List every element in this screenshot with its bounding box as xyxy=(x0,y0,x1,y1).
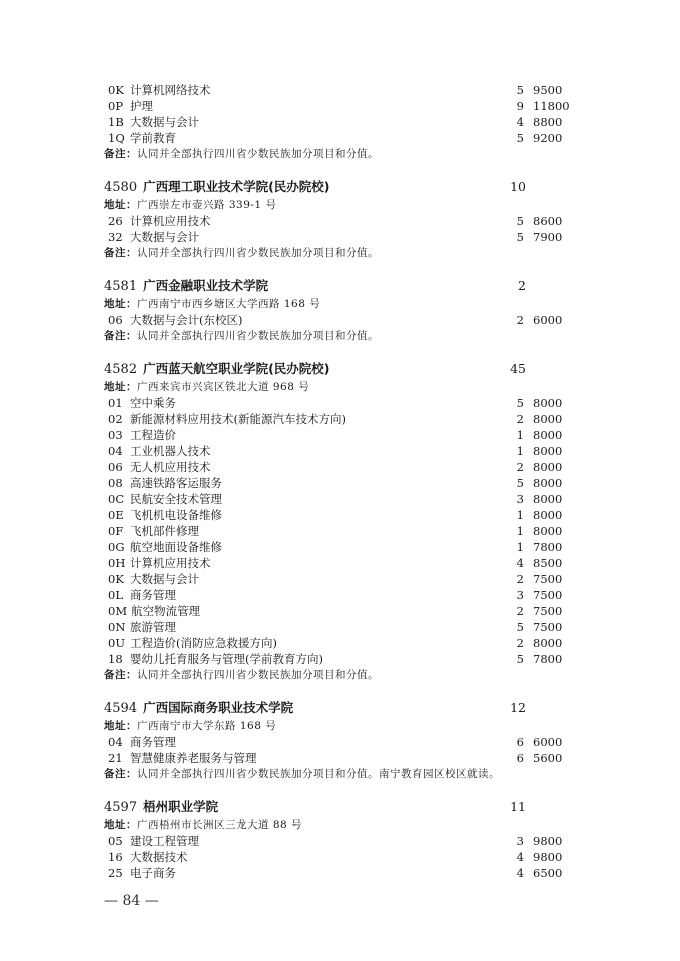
major-count: 4 xyxy=(504,555,524,571)
school-name: 广西蓝天航空职业学院(民办院校) xyxy=(143,361,329,376)
school-total: 2 xyxy=(506,276,526,296)
school-section: 4582广西蓝天航空职业学院(民办院校)45 地址：广西来宾市兴宾区铁北大道 9… xyxy=(104,359,584,683)
major-code: 0K xyxy=(108,571,126,587)
address-text: 广西来宾市兴宾区铁北大道 968 号 xyxy=(137,381,309,393)
major-row: 1B大数据与会计48800 xyxy=(104,114,584,130)
major-fee: 7500 xyxy=(533,571,562,587)
major-row: 01空中乘务58000 xyxy=(104,395,584,411)
major-name: 飞机机电设备维修 xyxy=(130,508,222,522)
major-count: 5 xyxy=(504,213,524,229)
address-row: 地址：广西南宁市大学东路 168 号 xyxy=(104,718,584,734)
major-name: 商务管理 xyxy=(130,735,176,749)
major-fee: 8000 xyxy=(533,491,562,507)
major-row: 0E飞机机电设备维修18000 xyxy=(104,507,584,523)
major-fee: 8000 xyxy=(533,523,562,539)
school-header: 4594广西国际商务职业技术学院12 xyxy=(104,698,584,718)
school-code: 4581 xyxy=(104,279,137,294)
major-count: 2 xyxy=(504,411,524,427)
major-name: 高速铁路客运服务 xyxy=(130,476,222,490)
major-code: 0E xyxy=(108,507,126,523)
school-total: 10 xyxy=(506,177,526,197)
note-text: 认同并全部执行四川省少数民族加分项目和分值。南宁教育园区校区就读。 xyxy=(137,768,500,780)
major-row: 0H计算机应用技术48500 xyxy=(104,555,584,571)
major-code: 0U xyxy=(108,635,126,651)
major-count: 6 xyxy=(504,734,524,750)
major-fee: 9800 xyxy=(533,833,562,849)
major-code: 0L xyxy=(108,587,126,603)
major-fee: 6500 xyxy=(533,865,562,881)
page-number: — 84 — xyxy=(104,893,159,909)
major-count: 5 xyxy=(504,619,524,635)
major-count: 1 xyxy=(504,539,524,555)
major-fee: 11800 xyxy=(533,98,570,114)
major-fee: 7500 xyxy=(533,603,562,619)
address-row: 地址：广西来宾市兴宾区铁北大道 968 号 xyxy=(104,379,584,395)
school-section: 4580广西理工职业技术学院(民办院校)10 地址：广西崇左市壶兴路 339-1… xyxy=(104,177,584,261)
major-code: 26 xyxy=(108,213,126,229)
major-name: 计算机应用技术 xyxy=(130,556,211,570)
major-name: 大数据与会计(东校区) xyxy=(130,313,242,327)
major-count: 2 xyxy=(504,603,524,619)
school-section: 4581广西金融职业技术学院2 地址：广西南宁市西乡塘区大学西路 168 号 0… xyxy=(104,276,584,344)
major-code: 05 xyxy=(108,833,126,849)
major-name: 新能源材料应用技术(新能源汽车技术方向) xyxy=(130,412,346,426)
major-fee: 8600 xyxy=(533,213,562,229)
major-code: 02 xyxy=(108,411,126,427)
major-name: 工程造价 xyxy=(130,428,176,442)
major-name: 计算机网络技术 xyxy=(130,83,211,97)
major-row: 1Q学前教育59200 xyxy=(104,130,584,146)
major-code: 06 xyxy=(108,312,126,328)
major-row: 16大数据技术49800 xyxy=(104,849,584,865)
major-code: 03 xyxy=(108,427,126,443)
major-count: 5 xyxy=(504,229,524,245)
major-fee: 8000 xyxy=(533,443,562,459)
major-code: 0K xyxy=(108,82,126,98)
major-count: 3 xyxy=(504,491,524,507)
major-count: 5 xyxy=(504,651,524,667)
major-code: 0M xyxy=(108,603,127,619)
school-header: 4580广西理工职业技术学院(民办院校)10 xyxy=(104,177,584,197)
document-page: 0K计算机网络技术59500 0P护理911800 1B大数据与会计48800 … xyxy=(104,82,584,881)
major-fee: 6000 xyxy=(533,734,562,750)
major-row: 08高速铁路客运服务58000 xyxy=(104,475,584,491)
major-fee: 8000 xyxy=(533,475,562,491)
major-name: 旅游管理 xyxy=(130,620,176,634)
major-row: 26计算机应用技术58600 xyxy=(104,213,584,229)
major-count: 4 xyxy=(504,114,524,130)
major-row: 0L商务管理37500 xyxy=(104,587,584,603)
school-section: 4597梧州职业学院11 地址：广西梧州市长洲区三龙大道 88 号 05建设工程… xyxy=(104,797,584,881)
note-label: 备注： xyxy=(104,330,137,342)
address-text: 广西南宁市大学东路 168 号 xyxy=(137,720,276,732)
major-name: 民航安全技术管理 xyxy=(130,492,222,506)
major-fee: 8000 xyxy=(533,395,562,411)
major-fee: 8500 xyxy=(533,555,562,571)
major-fee: 7900 xyxy=(533,229,562,245)
major-count: 9 xyxy=(504,98,524,114)
note-text: 认同并全部执行四川省少数民族加分项目和分值。 xyxy=(137,669,379,681)
major-row: 0M航空物流管理27500 xyxy=(104,603,584,619)
note-text: 认同并全部执行四川省少数民族加分项目和分值。 xyxy=(137,247,379,259)
major-name: 工程造价(消防应急救援方向) xyxy=(130,636,277,650)
major-row: 03工程造价18000 xyxy=(104,427,584,443)
major-name: 护理 xyxy=(130,99,153,113)
major-name: 航空地面设备维修 xyxy=(130,540,222,554)
major-name: 无人机应用技术 xyxy=(130,460,211,474)
major-code: 16 xyxy=(108,849,126,865)
school-header: 4581广西金融职业技术学院2 xyxy=(104,276,584,296)
major-name: 工业机器人技术 xyxy=(130,444,211,458)
major-count: 4 xyxy=(504,849,524,865)
note-label: 备注： xyxy=(104,669,137,681)
major-row: 0F飞机部件修理18000 xyxy=(104,523,584,539)
note-label: 备注： xyxy=(104,247,137,259)
address-text: 广西崇左市壶兴路 339-1 号 xyxy=(137,199,276,211)
major-code: 04 xyxy=(108,734,126,750)
major-count: 1 xyxy=(504,427,524,443)
major-code: 04 xyxy=(108,443,126,459)
address-row: 地址：广西梧州市长洲区三龙大道 88 号 xyxy=(104,817,584,833)
major-name: 电子商务 xyxy=(130,866,176,880)
major-code: 06 xyxy=(108,459,126,475)
major-row: 06无人机应用技术28000 xyxy=(104,459,584,475)
major-count: 5 xyxy=(504,395,524,411)
note-row: 备注：认同并全部执行四川省少数民族加分项目和分值。 xyxy=(104,245,584,261)
major-count: 2 xyxy=(504,571,524,587)
continued-section: 0K计算机网络技术59500 0P护理911800 1B大数据与会计48800 … xyxy=(104,82,584,162)
major-count: 6 xyxy=(504,750,524,766)
major-name: 婴幼儿托育服务与管理(学前教育方向) xyxy=(130,652,323,666)
major-name: 智慧健康养老服务与管理 xyxy=(130,751,257,765)
major-code: 0N xyxy=(108,619,126,635)
major-fee: 8800 xyxy=(533,114,562,130)
major-count: 4 xyxy=(504,865,524,881)
school-name: 梧州职业学院 xyxy=(143,799,218,814)
address-label: 地址： xyxy=(104,720,137,732)
major-fee: 8000 xyxy=(533,459,562,475)
address-row: 地址：广西南宁市西乡塘区大学西路 168 号 xyxy=(104,296,584,312)
school-total: 11 xyxy=(506,797,526,817)
major-code: 1Q xyxy=(108,130,126,146)
major-count: 2 xyxy=(504,312,524,328)
major-count: 1 xyxy=(504,507,524,523)
major-name: 计算机应用技术 xyxy=(130,214,211,228)
major-fee: 9500 xyxy=(533,82,562,98)
major-count: 5 xyxy=(504,475,524,491)
major-count: 3 xyxy=(504,587,524,603)
major-name: 建设工程管理 xyxy=(130,834,199,848)
major-row: 0P护理911800 xyxy=(104,98,584,114)
major-name: 大数据与会计 xyxy=(130,115,199,129)
school-section: 4594广西国际商务职业技术学院12 地址：广西南宁市大学东路 168 号 04… xyxy=(104,698,584,782)
address-text: 广西梧州市长洲区三龙大道 88 号 xyxy=(137,819,302,831)
major-fee: 7500 xyxy=(533,587,562,603)
major-code: 0C xyxy=(108,491,126,507)
major-name: 学前教育 xyxy=(130,131,176,145)
note-row: 备注：认同并全部执行四川省少数民族加分项目和分值。 xyxy=(104,667,584,683)
major-name: 商务管理 xyxy=(130,588,176,602)
major-count: 5 xyxy=(504,82,524,98)
major-row: 0N旅游管理57500 xyxy=(104,619,584,635)
major-code: 25 xyxy=(108,865,126,881)
major-fee: 7800 xyxy=(533,539,562,555)
major-fee: 7500 xyxy=(533,619,562,635)
major-count: 2 xyxy=(504,635,524,651)
major-row: 0U工程造价(消防应急救援方向)28000 xyxy=(104,635,584,651)
school-name: 广西金融职业技术学院 xyxy=(143,278,268,293)
major-fee: 9800 xyxy=(533,849,562,865)
major-fee: 8000 xyxy=(533,507,562,523)
note-text: 认同并全部执行四川省少数民族加分项目和分值。 xyxy=(137,330,379,342)
major-count: 1 xyxy=(504,523,524,539)
school-code: 4594 xyxy=(104,701,137,716)
school-header: 4597梧州职业学院11 xyxy=(104,797,584,817)
note-row: 备注：认同并全部执行四川省少数民族加分项目和分值。南宁教育园区校区就读。 xyxy=(104,766,584,782)
major-fee: 8000 xyxy=(533,411,562,427)
note-label: 备注： xyxy=(104,148,137,160)
major-row: 0K大数据与会计27500 xyxy=(104,571,584,587)
major-code: 32 xyxy=(108,229,126,245)
major-fee: 7800 xyxy=(533,651,562,667)
major-row: 06大数据与会计(东校区)26000 xyxy=(104,312,584,328)
school-total: 12 xyxy=(506,698,526,718)
school-code: 4580 xyxy=(104,180,137,195)
major-row: 04工业机器人技术18000 xyxy=(104,443,584,459)
major-name: 大数据与会计 xyxy=(130,572,199,586)
major-fee: 6000 xyxy=(533,312,562,328)
major-code: 18 xyxy=(108,651,126,667)
major-code: 21 xyxy=(108,750,126,766)
major-fee: 8000 xyxy=(533,635,562,651)
major-code: 08 xyxy=(108,475,126,491)
major-code: 0P xyxy=(108,98,126,114)
major-name: 航空物流管理 xyxy=(131,604,200,618)
major-row: 05建设工程管理39800 xyxy=(104,833,584,849)
major-row: 02新能源材料应用技术(新能源汽车技术方向)28000 xyxy=(104,411,584,427)
address-label: 地址： xyxy=(104,199,137,211)
school-code: 4582 xyxy=(104,362,137,377)
major-code: 0G xyxy=(108,539,126,555)
note-label: 备注： xyxy=(104,768,137,780)
major-row: 0C民航安全技术管理38000 xyxy=(104,491,584,507)
major-code: 0H xyxy=(108,555,126,571)
major-count: 5 xyxy=(504,130,524,146)
major-code: 0F xyxy=(108,523,126,539)
school-header: 4582广西蓝天航空职业学院(民办院校)45 xyxy=(104,359,584,379)
major-name: 空中乘务 xyxy=(130,396,176,410)
note-text: 认同并全部执行四川省少数民族加分项目和分值。 xyxy=(137,148,379,160)
address-row: 地址：广西崇左市壶兴路 339-1 号 xyxy=(104,197,584,213)
school-name: 广西理工职业技术学院(民办院校) xyxy=(143,179,329,194)
school-total: 45 xyxy=(506,359,526,379)
school-name: 广西国际商务职业技术学院 xyxy=(143,700,293,715)
major-row: 21智慧健康养老服务与管理65600 xyxy=(104,750,584,766)
major-name: 飞机部件修理 xyxy=(130,524,199,538)
major-code: 01 xyxy=(108,395,126,411)
note-row: 备注：认同并全部执行四川省少数民族加分项目和分值。 xyxy=(104,146,584,162)
major-name: 大数据技术 xyxy=(130,850,188,864)
address-text: 广西南宁市西乡塘区大学西路 168 号 xyxy=(137,298,320,310)
school-code: 4597 xyxy=(104,800,137,815)
major-row: 04商务管理66000 xyxy=(104,734,584,750)
major-fee: 5600 xyxy=(533,750,562,766)
major-count: 1 xyxy=(504,443,524,459)
address-label: 地址： xyxy=(104,819,137,831)
address-label: 地址： xyxy=(104,381,137,393)
major-row: 32大数据与会计57900 xyxy=(104,229,584,245)
major-code: 1B xyxy=(108,114,126,130)
major-fee: 8000 xyxy=(533,427,562,443)
major-count: 2 xyxy=(504,459,524,475)
major-count: 3 xyxy=(504,833,524,849)
major-row: 18婴幼儿托育服务与管理(学前教育方向)57800 xyxy=(104,651,584,667)
note-row: 备注：认同并全部执行四川省少数民族加分项目和分值。 xyxy=(104,328,584,344)
major-row: 0K计算机网络技术59500 xyxy=(104,82,584,98)
major-row: 25电子商务46500 xyxy=(104,865,584,881)
major-row: 0G航空地面设备维修17800 xyxy=(104,539,584,555)
major-name: 大数据与会计 xyxy=(130,230,199,244)
major-fee: 9200 xyxy=(533,130,562,146)
address-label: 地址： xyxy=(104,298,137,310)
